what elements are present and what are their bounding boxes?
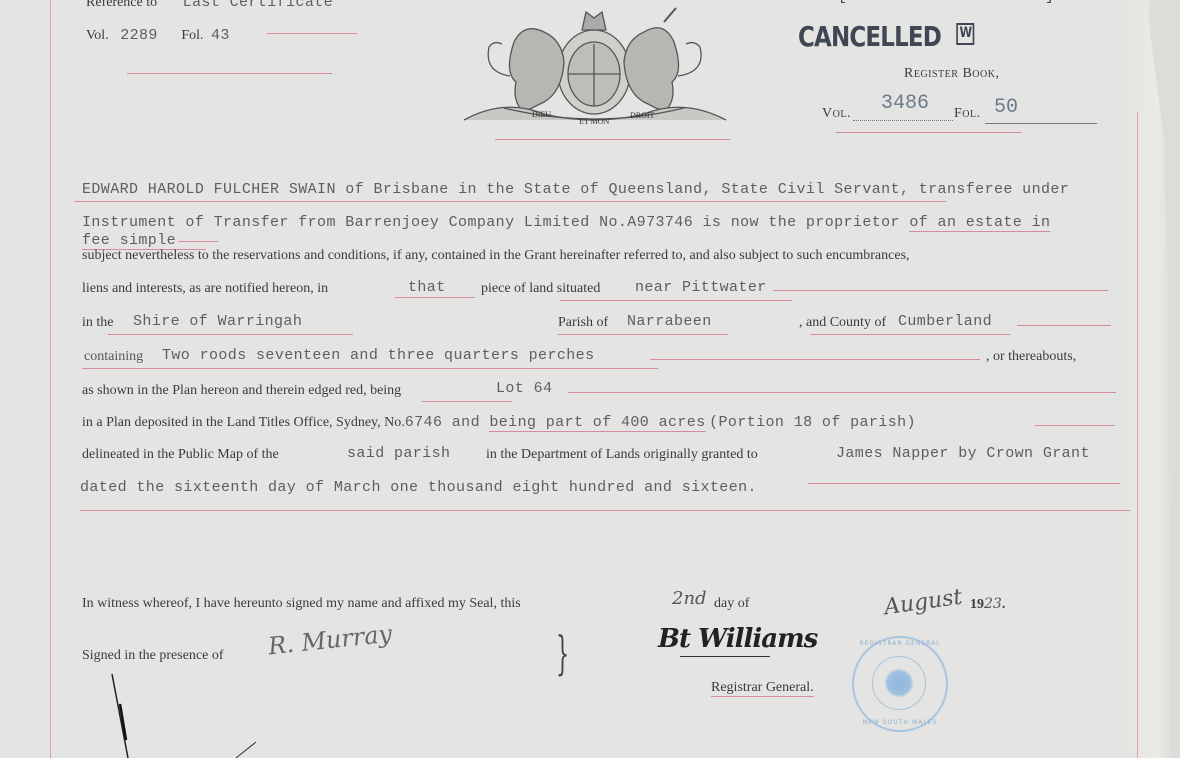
proprietor-name: EDWARD HAROLD FULCHER SWAIN (82, 181, 336, 198)
ref-rule-2 (127, 73, 332, 74)
land-area: Two roods seventeen and three quarters p… (162, 347, 594, 364)
grant-date: dated the sixteenth day of March one tho… (80, 479, 757, 496)
reference-value: Last Certificate (183, 0, 333, 11)
svg-text:ET MON: ET MON (579, 117, 610, 126)
thereabouts-text: , or thereabouts, (986, 349, 1076, 365)
lot-fill-rule (568, 392, 1116, 393)
year-printed: 19 (970, 597, 984, 612)
ref-vol-value: 2289 (120, 27, 158, 44)
register-rule (836, 132, 1022, 133)
attestation-day-label: day of (714, 596, 749, 612)
shire-rule (108, 334, 353, 335)
body-line-8-prefix: as shown in the Plan hereon and therein … (82, 383, 401, 399)
seal-top-text: REGISTRAR GENERAL (854, 640, 946, 647)
svg-text:DIEU: DIEU (532, 110, 551, 119)
cancelled-checkbox-icon: W (956, 23, 974, 45)
estate-text: of an estate in (909, 214, 1050, 232)
parish-name: Narrabeen (627, 313, 712, 330)
line-1-rule (74, 201, 946, 202)
shire-name: Shire of Warringah (133, 313, 302, 330)
left-margin-rule (50, 0, 51, 758)
cancelled-stamp-text: CANCELLED (798, 20, 941, 53)
county-name: Cumberland (898, 313, 992, 330)
ref-fol-value: 43 (211, 27, 230, 44)
register-vol-label: Vol. (822, 106, 851, 122)
register-fol-line (985, 123, 1097, 124)
body-line-4: subject nevertheless to the reservations… (82, 248, 910, 264)
county-rule (810, 334, 1010, 335)
area-rule (82, 368, 658, 369)
registrar-signature: Bt Williams (658, 624, 817, 654)
area-fill-rule (650, 359, 980, 360)
part-of-acreage: being part of 400 acres (489, 414, 705, 432)
reference-vol-fol: Vol. 2289 Fol. 43 (86, 27, 230, 44)
proprietor-residence: of Brisbane in the State of Queensland, (336, 181, 721, 198)
portion-text: (Portion 18 of parish) (709, 414, 916, 431)
body-line-10-mid: in the Department of Lands originally gr… (486, 447, 758, 463)
body-line-2: Instrument of Transfer from Barrenjoey C… (82, 214, 1050, 231)
ref-vol-label: Vol. (86, 28, 109, 43)
year-written: 23 (984, 596, 1002, 612)
register-fol-label: Fol. (954, 106, 981, 122)
ref-fol-label: Fol. (181, 28, 203, 43)
line-5-fill-rule (773, 290, 1108, 291)
coat-of-arms-icon: DIEU ET MON DROIT (444, 2, 744, 130)
attestation-day: 2nd (672, 588, 707, 609)
grant-date-fill-rule (808, 483, 1120, 484)
parish-label: Parish of (558, 315, 608, 331)
plan-number: 6746 (405, 414, 443, 431)
transfer-instrument: Instrument of Transfer from Barrenjoey C… (82, 214, 909, 231)
right-margin-rule (1137, 112, 1138, 758)
body-line-1: EDWARD HAROLD FULCHER SWAIN of Brisbane … (82, 181, 1069, 198)
register-vol-value: 3486 (881, 92, 929, 115)
proprietor-occupation: State Civil Servant (721, 181, 900, 198)
land-location: near Pittwater (635, 279, 767, 296)
svg-text:DROIT: DROIT (630, 111, 655, 120)
body-bottom-rule (80, 510, 1130, 511)
seal-bottom-text: NEW SOUTH WALES (854, 719, 946, 726)
ref-rule-1 (267, 33, 357, 34)
body-line-6-prefix: in the (82, 315, 114, 331)
register-book-label: Register Book, (904, 66, 999, 82)
containing-label: containing (84, 349, 143, 365)
cancelled-stamp: CANCELLED W (798, 20, 974, 53)
attestation-year: 1923. (970, 596, 1005, 613)
map-parish: said parish (347, 445, 450, 462)
royal-coat-of-arms: DIEU ET MON DROIT (444, 2, 744, 130)
fee-simple-tail-rule (178, 241, 218, 242)
portion-fill-rule (1035, 425, 1115, 426)
lot-rule-a (422, 401, 512, 402)
lot-number: Lot 64 (496, 380, 552, 397)
seal-crest-icon (884, 668, 914, 698)
witness-clause: In witness whereof, I have hereunto sign… (82, 596, 521, 612)
signed-presence-label: Signed in the presence of (82, 648, 224, 664)
land-location-rule (560, 300, 792, 301)
body-line-9: in a Plan deposited in the Land Titles O… (82, 414, 916, 431)
plan-and: and (442, 414, 489, 431)
line-6-fill-rule (1017, 325, 1111, 326)
fee-simple: fee simple (82, 232, 176, 249)
crown-grantee: James Napper by Crown Grant (836, 445, 1090, 462)
arms-rule (495, 139, 730, 140)
certificate-header: [CERTIFICATE OF TITLE.] (838, 0, 1054, 5)
piece-qualifier-rule (395, 297, 475, 298)
signature-brace: } (556, 626, 569, 680)
registrar-signature-underline (680, 656, 770, 657)
plan-deposit-text: in a Plan deposited in the Land Titles O… (82, 415, 405, 430)
body-line-10-prefix: delineated in the Public Map of the (82, 447, 279, 463)
registrar-title: Registrar General. (711, 680, 814, 697)
body-line-5-mid: piece of land situated (481, 281, 600, 297)
piece-qualifier: that (408, 279, 446, 296)
register-fol-value: 50 (994, 96, 1018, 119)
reference-row: Reference to Last Certificate (86, 0, 333, 11)
registrar-general-seal: REGISTRAR GENERAL NEW SOUTH WALES (852, 636, 948, 732)
reference-label: Reference to (86, 0, 157, 10)
body-line-5-prefix: liens and interests, as are notified her… (82, 281, 328, 297)
transferee-text: , transferee under (900, 181, 1069, 198)
parish-rule (558, 334, 728, 335)
register-vol-line (853, 120, 953, 121)
pen-stroke-marks (100, 670, 270, 758)
county-prefix: , and County of (799, 315, 886, 331)
